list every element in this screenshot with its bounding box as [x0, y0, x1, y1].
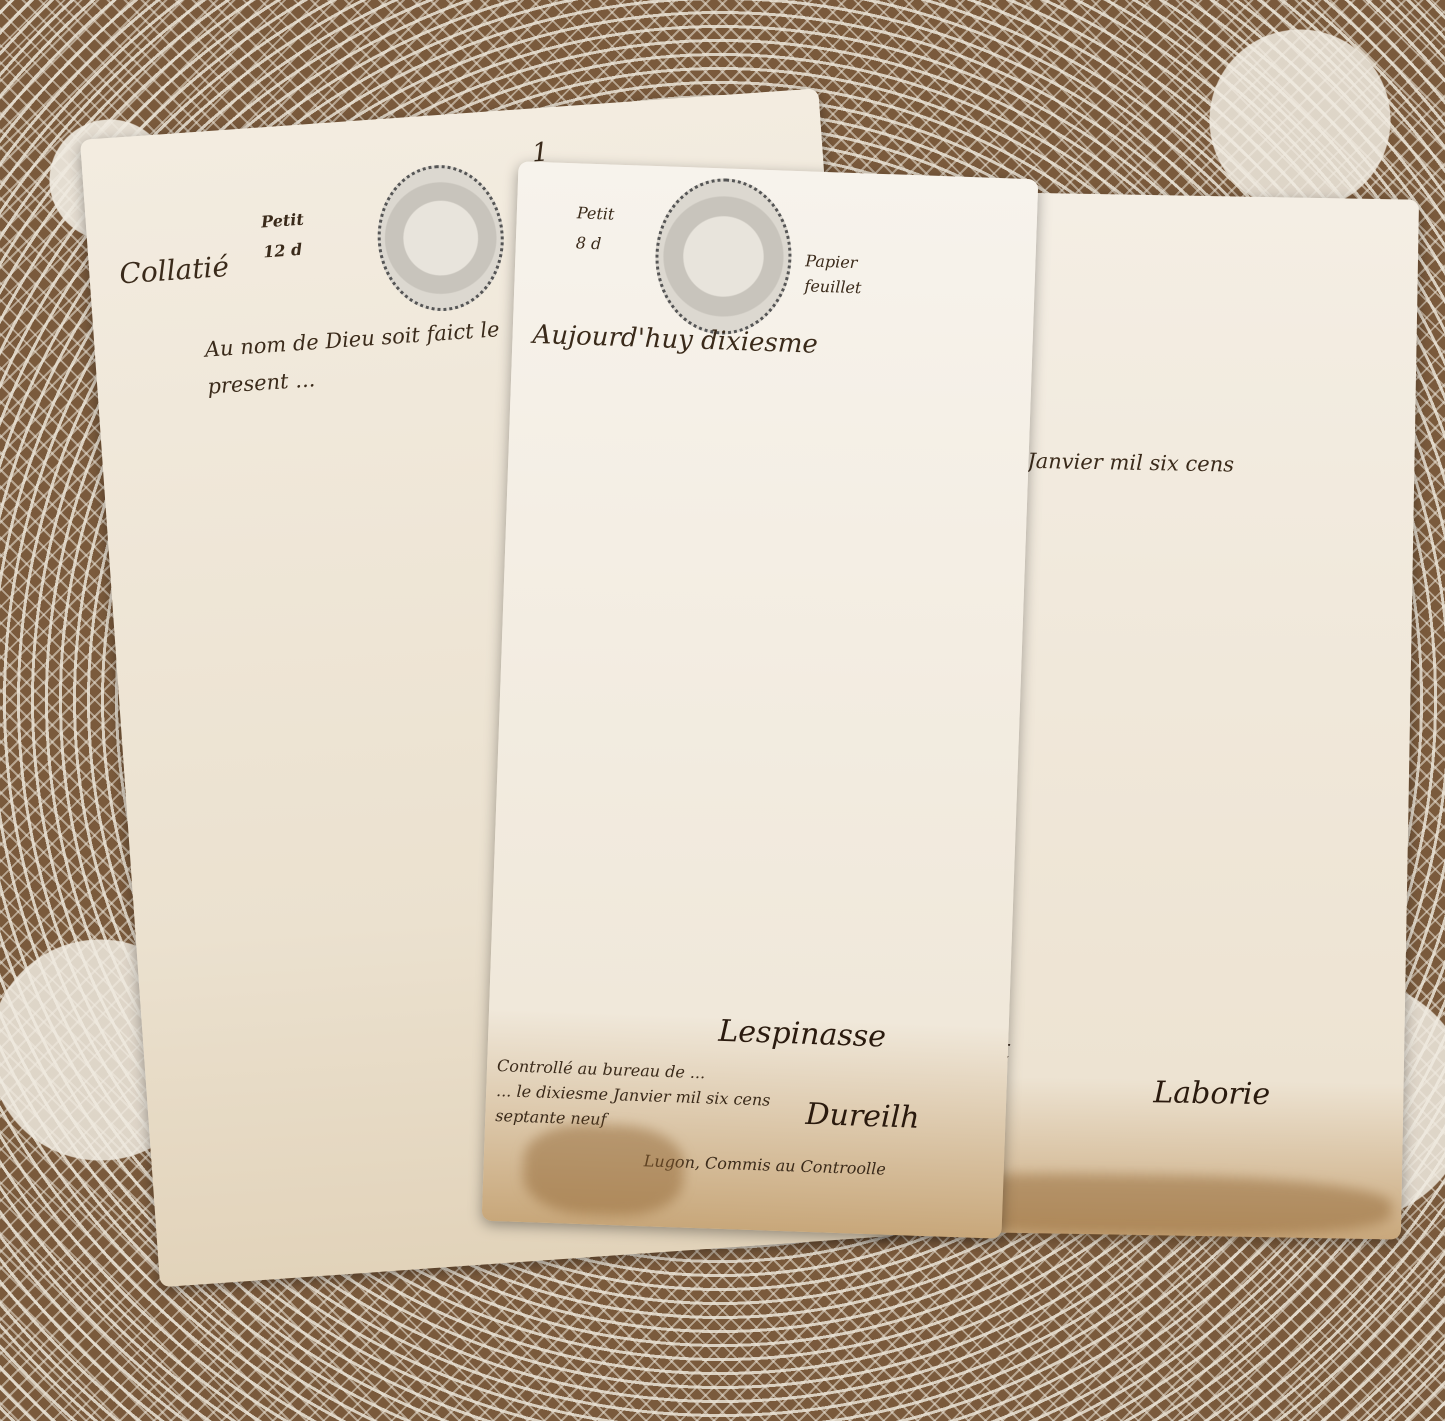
- water-stain: [522, 1122, 685, 1218]
- royal-stamp-seal-icon: [373, 161, 509, 315]
- stamp-price: 8 d: [576, 233, 602, 253]
- controle-note: Controllé au bureau de ...: [497, 1056, 706, 1082]
- controle-date: ... le dixiesme Janvier mil six cens: [496, 1081, 771, 1110]
- stamp-label-feuillet: feuillet: [804, 276, 862, 297]
- stamp-price: 12 d: [263, 240, 303, 262]
- signature-lespinasse: Lespinasse: [718, 1014, 887, 1055]
- signature-laborie: Laborie: [1153, 1075, 1270, 1112]
- margin-note: Collatié: [118, 250, 230, 291]
- stamp-label-petit: Petit: [261, 210, 305, 232]
- royal-stamp-seal-icon: [653, 176, 794, 337]
- handwritten-body-text: Aujourd'huy dixiesme: [532, 317, 1003, 370]
- stamp-label-papier: Papier: [805, 251, 858, 272]
- signature-dureilh: Dureilh: [805, 1097, 920, 1136]
- stamp-label-petit: Petit: [577, 203, 615, 223]
- manuscript-sheet-middle: Petit 8 d Papier feuillet Aujourd'huy di…: [482, 161, 1039, 1239]
